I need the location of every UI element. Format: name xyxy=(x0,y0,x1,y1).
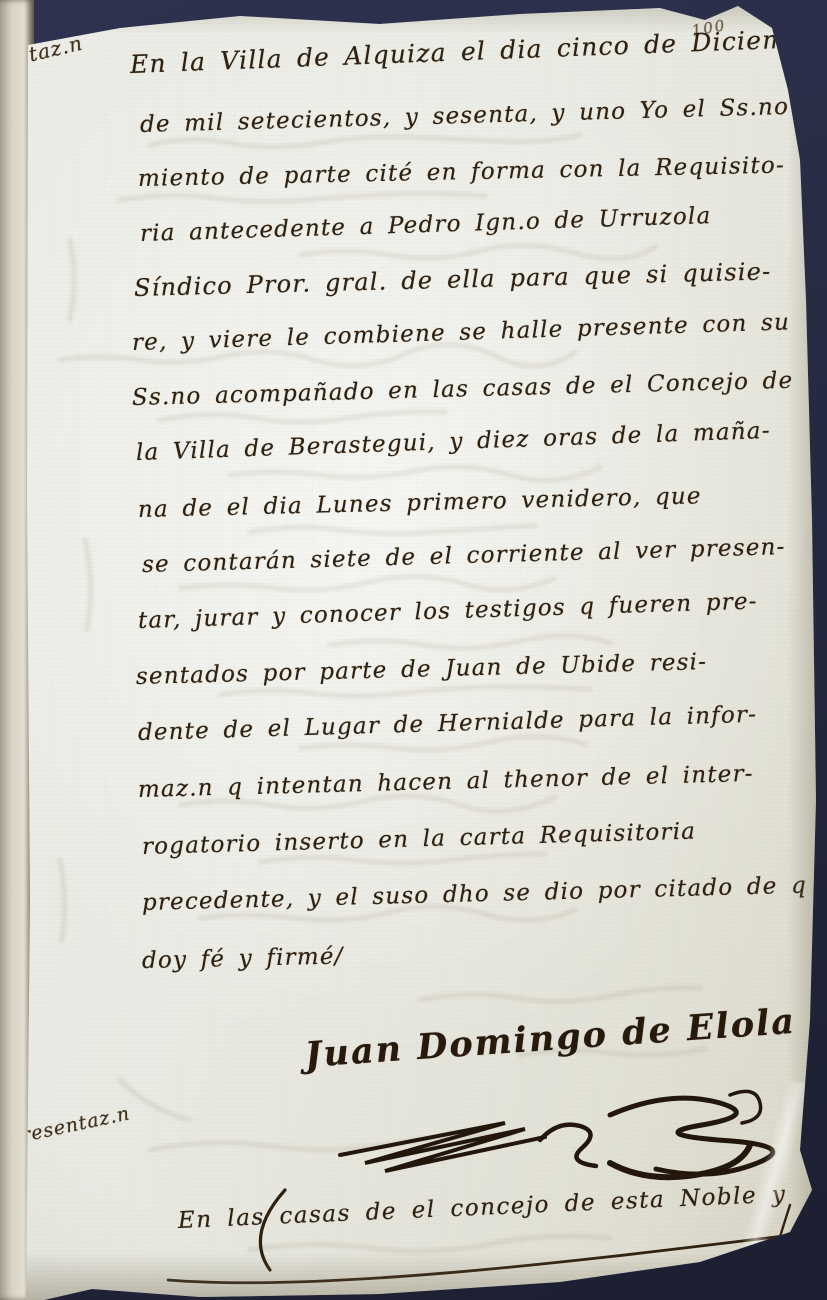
manuscript-line: sentados por parte de Juan de Ubide resi… xyxy=(136,649,708,690)
manuscript-line: ria antecedente a Pedro Ign.o de Urruzol… xyxy=(140,203,712,247)
manuscript-line: En la Villa de Alquiza el dia cinco de D… xyxy=(129,23,827,79)
manuscript-line: Ss.no acompañado en las casas de el Conc… xyxy=(132,368,794,411)
manuscript-line: maz.n q intentan hacen al thenor de el i… xyxy=(138,761,754,803)
manuscript-photo: Citaz.n 100 En la Villa de Alquiza el di… xyxy=(0,0,827,1300)
manuscript-line: re, y viere le combiene se halle present… xyxy=(132,309,791,356)
manuscript-line: Síndico Pror. gral. de ella para que si … xyxy=(134,257,772,302)
manuscript-line: precedente, y el suso dho se dio por cit… xyxy=(142,873,808,916)
manuscript-line: tar, jurar y conocer los testigos q fuer… xyxy=(138,589,758,634)
closing-underline-flourish xyxy=(150,1185,810,1295)
manuscript-page: Citaz.n 100 En la Villa de Alquiza el di… xyxy=(0,0,827,1300)
manuscript-line: la Villa de Berastegui, y diez oras de l… xyxy=(136,418,772,466)
manuscript-line: se contarán siete de el corriente al ver… xyxy=(142,534,786,578)
manuscript-line: de mil setecientos, y sesenta, y uno Yo … xyxy=(140,90,827,138)
manuscript-line: rogatorio inserto en la carta Requisitor… xyxy=(142,819,697,860)
manuscript-line: doy fé y firmé/ xyxy=(142,943,344,974)
manuscript-line: dente de el Lugar de Hernialde para la i… xyxy=(138,702,758,746)
manuscript-line: miento de parte cité en forma con la Req… xyxy=(138,152,785,192)
manuscript-line: na de el dia Lunes primero venidero, que xyxy=(138,483,702,523)
notary-signature: Juan Domingo de Elola xyxy=(304,1001,798,1076)
